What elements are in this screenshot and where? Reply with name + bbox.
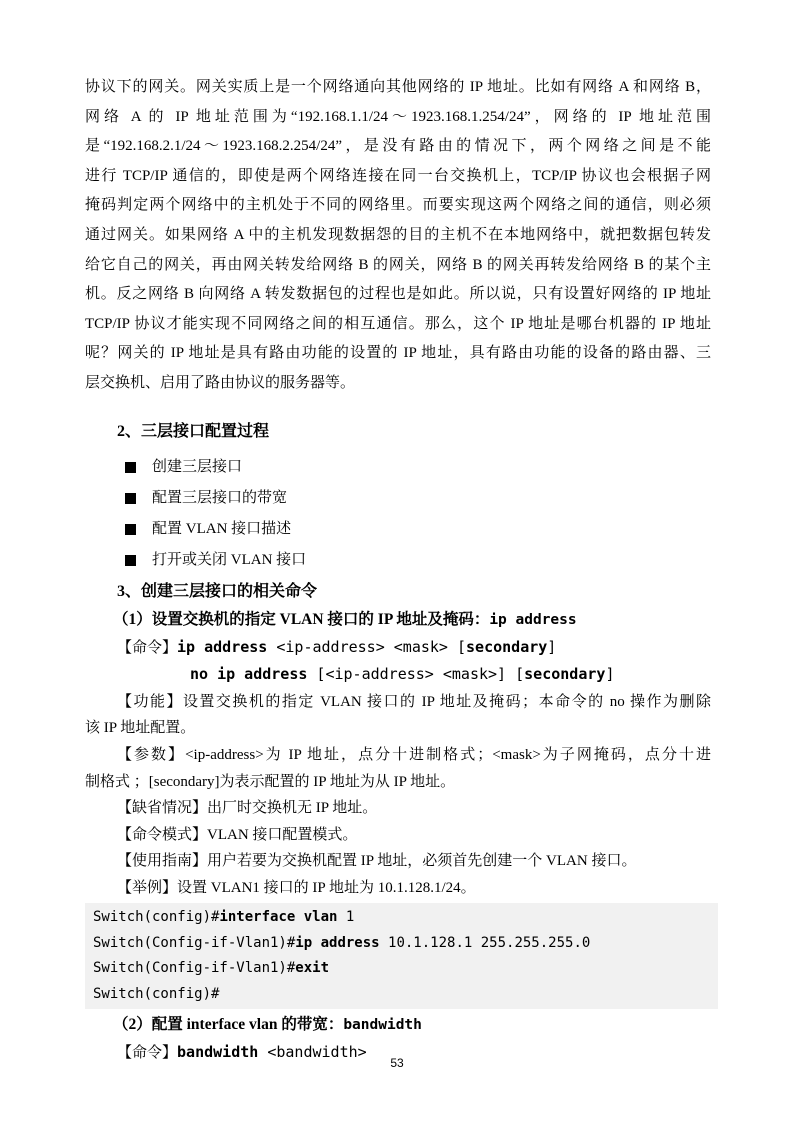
example-line: 【举例】设置 VLAN1 接口的 IP 地址为 10.1.128.1/24。 xyxy=(85,875,711,902)
bullet-label: 配置 VLAN 接口描述 xyxy=(152,514,291,545)
paragraph-line: 网络 A 的 IP 地址范围为“192.168.1.1/24～1923.168.… xyxy=(85,103,711,133)
paragraph-line: 呢？网关的 IP 地址是具有路由功能的设置的 IP 地址，具有路由功能的设备的路… xyxy=(85,339,711,369)
command-args-close: ] xyxy=(605,665,614,683)
bullet-square-icon xyxy=(125,524,136,535)
parameter-description-line: 制格式 ；[secondary]为表示配置的 IP 地址为从 IP 地址。 xyxy=(85,769,711,796)
default-description-line: 【缺省情况】出厂时交换机无 IP 地址。 xyxy=(85,795,711,822)
paragraph-line: 层交换机、启用了路由协议的服务器等。 xyxy=(85,369,711,399)
paragraph-line: TCP/IP 协议才能实现不同网络之间的相互通信。那么，这个 IP 地址是哪台机… xyxy=(85,310,711,340)
function-description-line: 该 IP 地址配置。 xyxy=(85,715,711,742)
command-keyword: ip address xyxy=(177,638,267,656)
subsection-heading-1: （1）设置交换机的指定 VLAN 接口的 IP 地址及掩码：ip address xyxy=(85,606,711,634)
command-args: [<ip-address> <mask>] [ xyxy=(307,665,524,683)
subsection-title-command: bandwidth xyxy=(343,1017,422,1033)
page-number: 53 xyxy=(0,1056,794,1070)
command-line-2: no ip address [<ip-address> <mask>] [sec… xyxy=(85,661,711,689)
subsection-title-zh: （2）配置 interface vlan 的带宽： xyxy=(113,1016,343,1033)
paragraph-line: 协议下的网关。网关实质上是一个网络通向其他网络的 IP 地址。比如有网络 A 和… xyxy=(85,73,711,103)
paragraph-line: 给它自己的网关，再由网关转发给网络 B 的网关，网络 B 的网关再转发给网络 B… xyxy=(85,251,711,281)
paragraph-line: 掩码判定两个网络中的主机处于不同的网络里。而要实现这两个网络之间的通信，则必须 xyxy=(85,191,711,221)
bullet-label: 打开或关闭 VLAN 接口 xyxy=(152,545,306,576)
command-keyword-secondary: secondary xyxy=(524,665,605,683)
bullet-item: 打开或关闭 VLAN 接口 xyxy=(85,545,711,576)
bullet-item: 配置三层接口的带宽 xyxy=(85,483,711,514)
cli-line: Switch(Config-if-Vlan1)#exit xyxy=(93,956,718,982)
function-description-line: 【功能】设置交换机的指定 VLAN 接口的 IP 地址及掩码；本命令的 no 操… xyxy=(85,689,711,716)
cli-command: interface vlan xyxy=(219,909,337,925)
command-label: 【命令】 xyxy=(117,640,177,656)
cli-argument: 10.1.128.1 255.255.255.0 xyxy=(380,935,591,951)
command-line-1: 【命令】ip address <ip-address> <mask> [seco… xyxy=(85,634,711,662)
usage-guide-line: 【使用指南】用户若要为交换机配置 IP 地址，必须首先创建一个 VLAN 接口。 xyxy=(85,848,711,875)
cli-prompt: Switch(config)# xyxy=(93,986,219,1002)
bullet-label: 创建三层接口 xyxy=(152,452,242,483)
cli-line: Switch(config)#interface vlan 1 xyxy=(93,905,718,931)
bullet-item: 创建三层接口 xyxy=(85,452,711,483)
subsection-title-zh: （1）设置交换机的指定 VLAN 接口的 IP 地址及掩码： xyxy=(113,611,489,628)
page-content: 协议下的网关。网关实质上是一个网络通向其他网络的 IP 地址。比如有网络 A 和… xyxy=(85,73,711,1067)
bullet-square-icon xyxy=(125,555,136,566)
bullet-square-icon xyxy=(125,493,136,504)
subsection-heading-2: （2）配置 interface vlan 的带宽：bandwidth xyxy=(85,1011,711,1039)
section-heading-3: 3、创建三层接口的相关命令 xyxy=(85,578,711,606)
bullet-label: 配置三层接口的带宽 xyxy=(152,483,287,514)
cli-command: ip address xyxy=(295,935,379,951)
paragraph-line: 通过网关。如果网络 A 中的主机发现数据怨的目的主机不在本地网络中，就把数据包转… xyxy=(85,221,711,251)
cli-argument: 1 xyxy=(337,909,354,925)
command-args: <ip-address> <mask> [ xyxy=(267,638,466,656)
cli-prompt: Switch(Config-if-Vlan1)# xyxy=(93,960,295,976)
command-keyword-secondary: secondary xyxy=(466,638,547,656)
cli-command: exit xyxy=(295,960,329,976)
cli-code-block: Switch(config)#interface vlan 1 Switch(C… xyxy=(85,903,718,1009)
cli-prompt: Switch(Config-if-Vlan1)# xyxy=(93,935,295,951)
paragraph-line: 机。反之网络 B 向网络 A 转发数据包的过程也是如此。所以说，只有设置好网络的… xyxy=(85,280,711,310)
command-keyword-no: no ip address xyxy=(190,665,307,683)
cli-line: Switch(config)# xyxy=(93,982,718,1008)
cli-line: Switch(Config-if-Vlan1)#ip address 10.1.… xyxy=(93,931,718,957)
paragraph-line: 是“192.168.2.1/24～1923.168.2.254/24”，是没有路… xyxy=(85,132,711,162)
document-page: 协议下的网关。网关实质上是一个网络通向其他网络的 IP 地址。比如有网络 A 和… xyxy=(0,0,794,1123)
command-args-close: ] xyxy=(547,638,556,656)
paragraph-line: 进行 TCP/IP 通信的，即使是两个网络连接在同一台交换机上，TCP/IP 协… xyxy=(85,162,711,192)
bullet-item: 配置 VLAN 接口描述 xyxy=(85,514,711,545)
section-heading-2: 2、三层接口配置过程 xyxy=(85,417,711,447)
subsection-title-command: ip address xyxy=(489,612,576,628)
bullet-list: 创建三层接口 配置三层接口的带宽 配置 VLAN 接口描述 打开或关闭 VLAN… xyxy=(85,452,711,576)
command-mode-line: 【命令模式】VLAN 接口配置模式。 xyxy=(85,822,711,849)
bullet-square-icon xyxy=(125,462,136,473)
parameter-description-line: 【参数】<ip-address>为 IP 地址，点分十进制格式；<mask>为子… xyxy=(85,742,711,769)
cli-prompt: Switch(config)# xyxy=(93,909,219,925)
